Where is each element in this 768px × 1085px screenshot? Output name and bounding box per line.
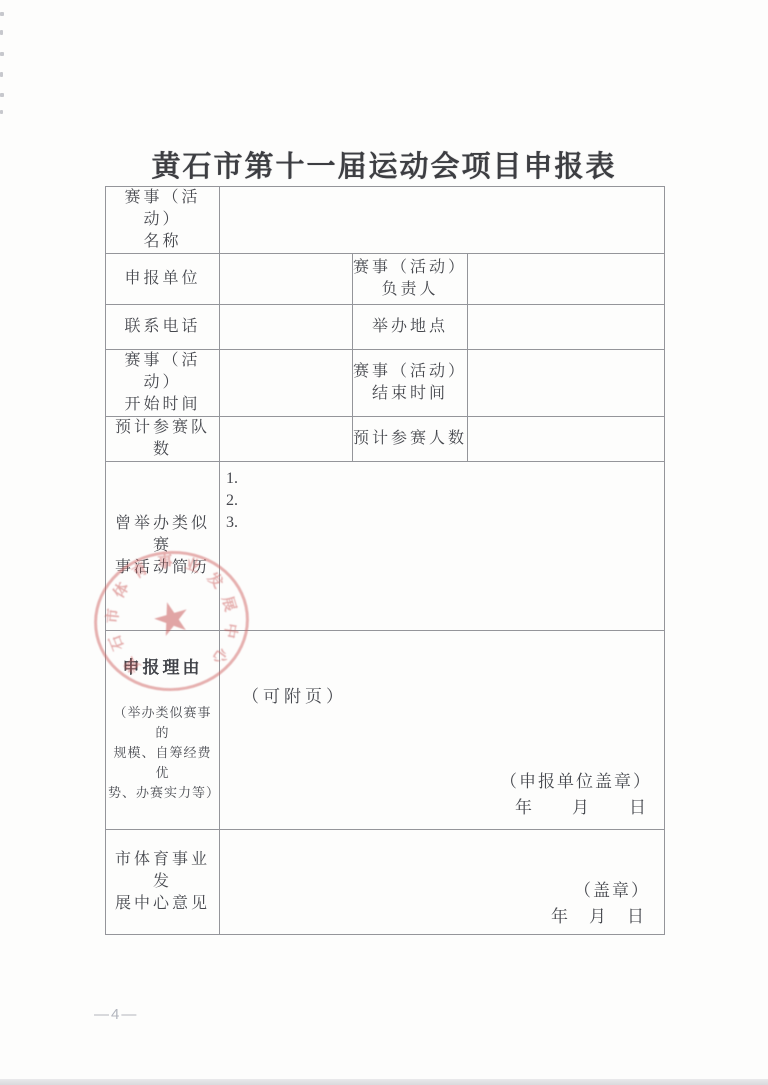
label-expected-participants: 预计参赛人数 — [353, 417, 468, 462]
scan-bottom-band — [0, 1079, 768, 1085]
scan-artifact — [0, 30, 3, 35]
applicant-signature-block: （申报单位盖章） 年 月 日 — [500, 771, 652, 819]
field-expected-participants — [468, 417, 665, 462]
field-event-name — [220, 187, 665, 254]
scan-artifact — [0, 93, 4, 97]
attach-page-note: （可附页） — [242, 686, 347, 708]
field-end-time — [468, 350, 665, 417]
label-event-name: 赛事（活动） 名称 — [106, 187, 220, 254]
label-application-reason-title: 申报理由 — [108, 657, 217, 679]
label-end-time: 赛事（活动） 结束时间 — [353, 350, 468, 417]
application-form-table: 赛事（活动） 名称 申报单位 赛事（活动） 负责人 联系电话 举办地点 赛事（活… — [105, 186, 665, 935]
label-applicant-unit: 申报单位 — [106, 254, 220, 305]
field-event-leader — [468, 254, 665, 305]
field-venue — [468, 305, 665, 350]
page-number: —4— — [94, 1006, 138, 1023]
field-event-history: 1. 2. 3. — [220, 462, 665, 631]
label-contact-phone: 联系电话 — [106, 305, 220, 350]
label-center-opinion: 市体育事业发 展中心意见 — [106, 830, 220, 935]
field-contact-phone — [220, 305, 353, 350]
center-seal-note: （盖章） — [551, 880, 650, 902]
scan-artifact — [0, 12, 4, 16]
scan-artifact — [0, 72, 3, 77]
center-signature-block: （盖章） 年 月 日 — [551, 880, 650, 928]
label-event-leader: 赛事（活动） 负责人 — [353, 254, 468, 305]
field-start-time — [220, 350, 353, 417]
applicant-seal-date: 年 月 日 — [500, 797, 652, 819]
label-event-history: 曾举办类似赛 事活动简历 — [106, 462, 220, 631]
applicant-seal-note: （申报单位盖章） — [500, 771, 652, 793]
field-expected-teams — [220, 417, 353, 462]
label-start-time: 赛事（活动） 开始时间 — [106, 350, 220, 417]
label-application-reason-note: （举办类似赛事的 规模、自筹经费优 势、办赛实力等） — [108, 703, 217, 803]
scanned-document-page: 黄石市第十一届运动会项目申报表 赛事（活动） 名称 申报单位 赛事（活动） 负责… — [0, 0, 768, 1085]
center-seal-date: 年 月 日 — [551, 906, 650, 928]
form-title: 黄石市第十一届运动会项目申报表 — [0, 144, 768, 185]
label-application-reason: 申报理由 （举办类似赛事的 规模、自筹经费优 势、办赛实力等） — [106, 631, 220, 830]
scan-artifact — [0, 52, 4, 56]
label-venue: 举办地点 — [353, 305, 468, 350]
field-application-reason: （可附页） （申报单位盖章） 年 月 日 — [220, 631, 665, 830]
label-expected-teams: 预计参赛队数 — [106, 417, 220, 462]
scan-artifact — [0, 110, 3, 114]
field-center-opinion: （盖章） 年 月 日 — [220, 830, 665, 935]
field-applicant-unit — [220, 254, 353, 305]
